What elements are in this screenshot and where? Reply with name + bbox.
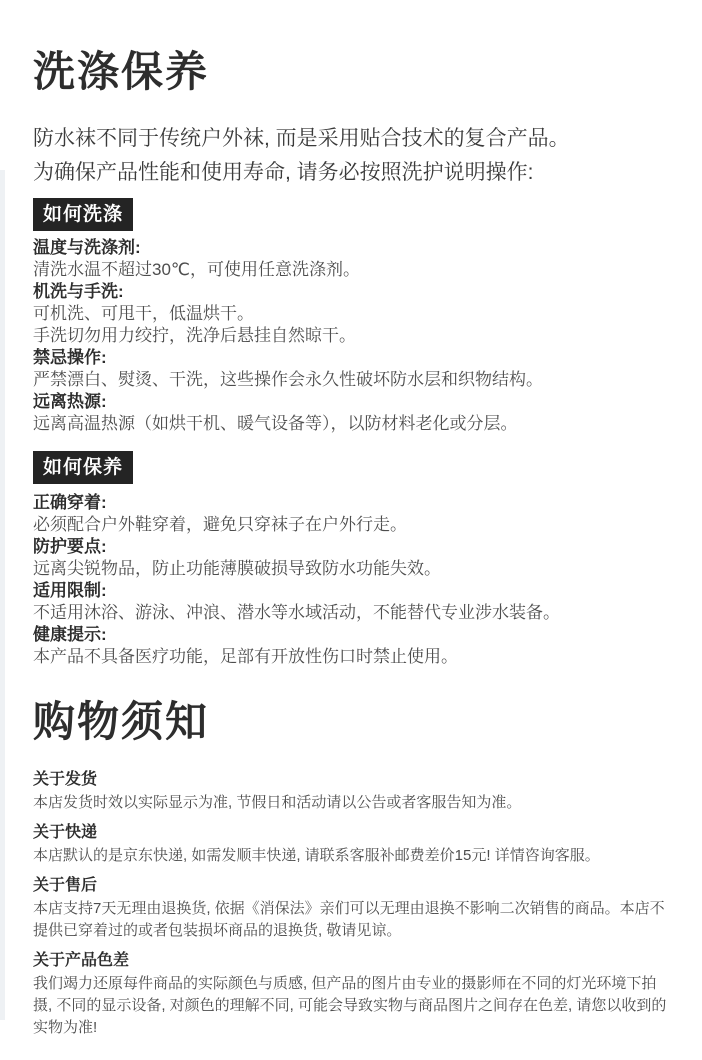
notice-item: 关于发货 本店发货时效以实际显示为准, 节假日和活动请以公告或者客服告知为准。 (33, 768, 674, 814)
care-item: 机洗与手洗: 可机洗、可甩干，低温烘干。 手洗切勿用力绞拧，洗净后悬挂自然晾干。 (33, 281, 674, 347)
notice-item-label: 关于快递 (33, 821, 674, 845)
notice-item-label: 关于产品色差 (33, 949, 674, 973)
care-item-line: 必须配合户外鞋穿着，避免只穿袜子在户外行走。 (33, 514, 674, 536)
care-item-label: 禁忌操作: (33, 347, 674, 369)
notice-item: 关于产品色差 我们竭力还原每件商品的实际颜色与质感, 但产品的图片由专业的摄影师… (33, 949, 674, 1039)
care-item-line: 远离尖锐物品，防止功能薄膜破损导致防水功能失效。 (33, 558, 674, 580)
care-item-label: 适用限制: (33, 580, 674, 602)
care-item: 温度与洗涤剂: 清洗水温不超过30℃，可使用任意洗涤剂。 (33, 237, 674, 281)
notice-item-text: 本店默认的是京东快递, 如需发顺丰快递, 请联系客服补邮费差价15元! 详情咨询… (33, 845, 674, 867)
care-item-line: 本产品不具备医疗功能，足部有开放性伤口时禁止使用。 (33, 646, 674, 668)
notice-item-label: 关于售后 (33, 874, 674, 898)
care-item-line: 清洗水温不超过30℃，可使用任意洗涤剂。 (33, 259, 674, 281)
care-item-line: 严禁漂白、熨烫、干洗，这些操作会永久性破坏防水层和织物结构。 (33, 369, 674, 391)
care-item-line: 远离高温热源（如烘干机、暖气设备等），以防材料老化或分层。 (33, 413, 674, 435)
care-item-label: 健康提示: (33, 624, 674, 646)
care-item: 远离热源: 远离高温热源（如烘干机、暖气设备等），以防材料老化或分层。 (33, 391, 674, 435)
care-item: 防护要点: 远离尖锐物品，防止功能薄膜破损导致防水功能失效。 (33, 536, 674, 580)
care-item-label: 温度与洗涤剂: (33, 237, 674, 259)
product-care-page: 洗涤保养 防水袜不同于传统户外袜, 而是采用贴合技术的复合产品。 为确保产品性能… (0, 0, 702, 1060)
notice-section-title: 购物须知 (33, 700, 674, 744)
how-to-wash-badge: 如何洗涤 (33, 198, 133, 231)
notice-item: 关于快递 本店默认的是京东快递, 如需发顺丰快递, 请联系客服补邮费差价15元!… (33, 821, 674, 867)
care-item-line: 可机洗、可甩干，低温烘干。 (33, 303, 674, 325)
notice-item-text: 本店发货时效以实际显示为准, 节假日和活动请以公告或者客服告知为准。 (33, 792, 674, 814)
wash-instructions: 温度与洗涤剂: 清洗水温不超过30℃，可使用任意洗涤剂。 机洗与手洗: 可机洗、… (33, 237, 674, 435)
notice-item-text: 我们竭力还原每件商品的实际颜色与质感, 但产品的图片由专业的摄影师在不同的灯光环… (33, 973, 674, 1039)
care-item-label: 防护要点: (33, 536, 674, 558)
care-item: 健康提示: 本产品不具备医疗功能，足部有开放性伤口时禁止使用。 (33, 624, 674, 668)
care-item: 正确穿着: 必须配合户外鞋穿着，避免只穿袜子在户外行走。 (33, 492, 674, 536)
care-item: 适用限制: 不适用沐浴、游泳、冲浪、潜水等水域活动，不能替代专业涉水装备。 (33, 580, 674, 624)
how-to-maintain-badge: 如何保养 (33, 451, 133, 484)
shopping-notices: 关于发货 本店发货时效以实际显示为准, 节假日和活动请以公告或者客服告知为准。 … (33, 768, 674, 1039)
notice-item-label: 关于发货 (33, 768, 674, 792)
care-section-title: 洗涤保养 (33, 50, 674, 94)
care-item-label: 机洗与手洗: (33, 281, 674, 303)
care-item: 禁忌操作: 严禁漂白、熨烫、干洗，这些操作会永久性破坏防水层和织物结构。 (33, 347, 674, 391)
care-item-label: 正确穿着: (33, 492, 674, 514)
maintain-instructions: 正确穿着: 必须配合户外鞋穿着，避免只穿袜子在户外行走。 防护要点: 远离尖锐物… (33, 492, 674, 668)
care-intro-line: 为确保产品性能和使用寿命, 请务必按照洗护说明操作: (33, 156, 674, 190)
page-content: 洗涤保养 防水袜不同于传统户外袜, 而是采用贴合技术的复合产品。 为确保产品性能… (0, 0, 702, 1060)
care-intro: 防水袜不同于传统户外袜, 而是采用贴合技术的复合产品。 为确保产品性能和使用寿命… (33, 122, 674, 190)
care-item-line: 手洗切勿用力绞拧，洗净后悬挂自然晾干。 (33, 325, 674, 347)
care-item-label: 远离热源: (33, 391, 674, 413)
notice-item: 关于售后 本店支持7天无理由退换货, 依据《消保法》亲们可以无理由退换不影响二次… (33, 874, 674, 942)
care-intro-line: 防水袜不同于传统户外袜, 而是采用贴合技术的复合产品。 (33, 122, 674, 156)
care-item-line: 不适用沐浴、游泳、冲浪、潜水等水域活动，不能替代专业涉水装备。 (33, 602, 674, 624)
notice-item-text: 本店支持7天无理由退换货, 依据《消保法》亲们可以无理由退换不影响二次销售的商品… (33, 898, 674, 942)
